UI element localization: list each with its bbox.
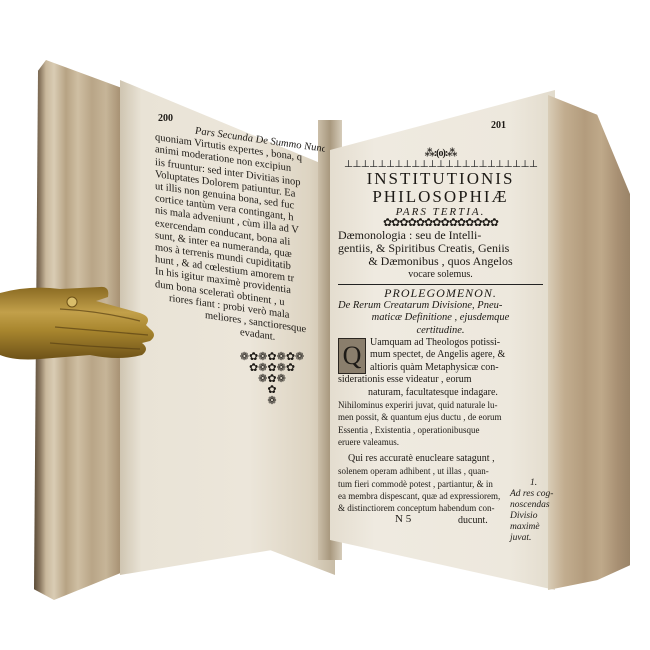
divider-rule — [338, 284, 543, 285]
left-page-text: Pars Secunda De Summo Nunc quoniam Virtu… — [155, 120, 325, 351]
margin-note-line: noscendas — [510, 500, 553, 511]
signature-mark: N 5 — [395, 513, 411, 525]
body-line: men possit, & quantum ejus ductu , de eo… — [338, 411, 543, 423]
section-title: Dæmonologia : seu de Intelli- gentiis, &… — [338, 229, 543, 281]
top-ornament-icon: ⁂:(o):⁂ — [338, 148, 543, 159]
subheading-line: De Rerum Creatarum Divisione, Pneu- — [338, 300, 543, 312]
body-line: Uamquam ad Theologos potissi- — [338, 337, 543, 349]
margin-note-line: Ad res cog- — [510, 489, 553, 500]
brass-hand-bookweight-icon — [0, 275, 160, 367]
body-line: naturam, facultatesque indagare. — [338, 387, 543, 399]
heading: PROLEGOMENON. — [338, 287, 543, 299]
right-page-text: ⁂:(o):⁂ ⊥⊥⊥⊥⊥⊥⊥⊥⊥⊥⊥⊥⊥⊥⊥⊥⊥⊥⊥⊥⊥⊥⊥ INSTITUT… — [338, 148, 543, 527]
tailpiece-ornament-icon: ❁✿❁✿❁✿❁✿❁✿❁✿❁✿❁✿❁ — [232, 352, 312, 407]
title-line-2: PHILOSOPHIÆ — [338, 188, 543, 206]
right-page-number: 201 — [491, 120, 506, 131]
section-title-line: & Dæmonibus , quos Angelos — [338, 255, 543, 268]
margin-note-line: maximè — [510, 522, 553, 533]
right-page-block-edge — [548, 95, 630, 590]
margin-note-line: juvat. — [510, 533, 553, 544]
body-line: solenem operam adhibent , ut illas , qua… — [338, 465, 543, 477]
subheading-line: certitudine. — [338, 325, 543, 337]
margin-note-line: 1. — [510, 478, 553, 489]
body-line: Qui res accuratè enucleare satagunt , — [338, 453, 543, 465]
body-line: Nihilominus experiri juvat, quid natural… — [338, 399, 543, 411]
margin-note-line: Divisio — [510, 511, 553, 522]
body-line: mum spectet, de Angelis agere, & — [338, 349, 543, 361]
subheading: De Rerum Creatarum Divisione, Pneu- mati… — [338, 300, 543, 337]
body-line: eruere valeamus. — [338, 436, 543, 448]
subheading-line: maticæ Definitione , ejusdemque — [338, 312, 543, 324]
drop-cap-icon: Q — [338, 338, 366, 374]
title-line-1: INSTITUTIONIS — [338, 170, 543, 188]
body-line: siderationis esse videatur , eorum — [338, 374, 543, 386]
margin-note: 1. Ad res cog- noscendas Divisio maximè … — [510, 478, 553, 544]
section-title-line: vocare solemus. — [338, 268, 543, 281]
photo-scene: 200 Pars Secunda De Summo Nunc quoniam V… — [0, 0, 650, 650]
body-line: Essentia , Existentia , operationibusque — [338, 424, 543, 436]
body-line: altioris quàm Metaphysicæ con- — [338, 362, 543, 374]
